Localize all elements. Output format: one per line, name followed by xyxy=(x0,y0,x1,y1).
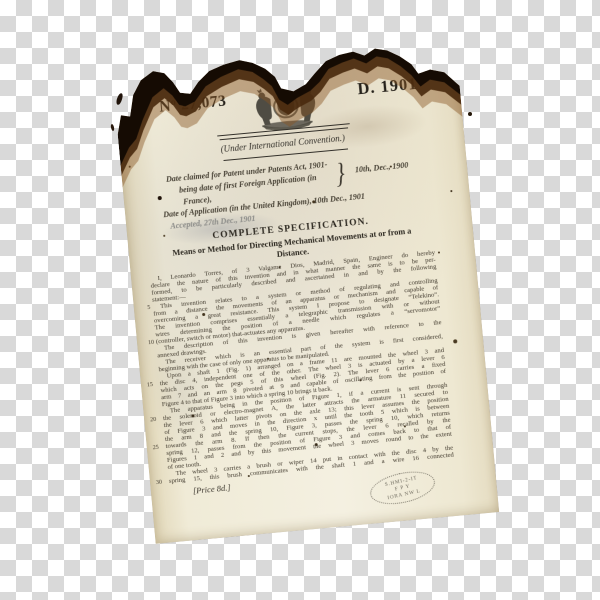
line-number xyxy=(137,275,148,276)
line-number xyxy=(145,359,156,360)
burn-debris-fleck xyxy=(110,124,114,131)
specification-body: I, Leonardo Torres, of 3 Valgame Dios, M… xyxy=(131,245,494,486)
line-number: 20 xyxy=(150,415,162,423)
claim-date: 10th, Dec., 1900 xyxy=(355,161,409,175)
oval-stamp-illegible: S.HMI-2-IT F P Y IORA NW L xyxy=(367,466,438,509)
line-number xyxy=(139,296,150,297)
line-number xyxy=(142,331,153,332)
line-number xyxy=(149,408,160,409)
price-note: [Price 8d.] xyxy=(193,483,232,496)
document-content: Nº 27,073 D. 1901 xyxy=(112,39,499,544)
date-claimed-line: France), xyxy=(183,195,212,207)
line-number xyxy=(138,289,149,290)
line-number xyxy=(154,464,165,465)
line-number xyxy=(148,394,159,395)
line-number: 5 xyxy=(139,303,151,311)
date-block: Date claimed for Patent under Patents Ac… xyxy=(112,39,456,71)
line-number: 10 xyxy=(143,338,155,346)
line-number xyxy=(144,352,155,353)
line-number xyxy=(141,317,152,318)
line-number xyxy=(138,282,149,283)
burned-patent-document: Nº 27,073 D. 1901 xyxy=(112,39,499,544)
line-number xyxy=(151,429,162,430)
line-number xyxy=(141,324,152,325)
line-number xyxy=(149,401,160,402)
line-number xyxy=(155,471,166,472)
line-number xyxy=(154,457,165,458)
line-number xyxy=(152,436,163,437)
line-number xyxy=(146,373,157,374)
line-number: 25 xyxy=(152,443,164,451)
transparency-checkerboard-background: Nº 27,073 D. 1901 xyxy=(0,0,600,600)
curly-brace-glyph: } xyxy=(334,156,346,190)
burn-debris-fleck xyxy=(116,93,124,106)
year-label: D. 1901 xyxy=(357,75,419,99)
line-number xyxy=(145,366,156,367)
line-number: 30 xyxy=(156,478,168,486)
patent-number: Nº 27,073 xyxy=(158,92,227,116)
burn-debris-fleck xyxy=(468,112,472,116)
line-number: 15 xyxy=(147,380,159,388)
